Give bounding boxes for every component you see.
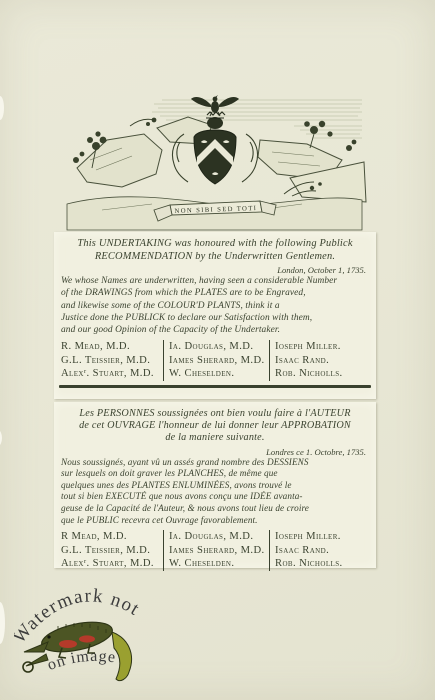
signatory-name: G.L. Teissier, M.D. bbox=[56, 354, 163, 368]
french-body-line: Nous soussignés, ayant vû un assés grand… bbox=[54, 457, 376, 469]
helmet bbox=[206, 112, 225, 129]
english-dateline: London, October 1, 1735. bbox=[54, 265, 376, 275]
french-body-line: tout si bien EXECUTÉ que nous avons conç… bbox=[54, 491, 376, 503]
french-heading-line3: de la maniere suivante. bbox=[54, 432, 376, 444]
signatory-name: W. Cheselden. bbox=[163, 557, 269, 571]
signatory-name: Ioseph Miller. bbox=[269, 530, 370, 544]
english-body-line: We whose Names are underwritten, having … bbox=[54, 275, 376, 287]
english-heading-line2: RECOMMENDATION by the Underwritten Gentl… bbox=[54, 251, 376, 264]
french-heading-line1: Les PERSONNES soussignées ont bien voulu… bbox=[54, 402, 376, 420]
signatory-name: Isaac Rand. bbox=[269, 544, 370, 558]
french-approbation-block: Les PERSONNES soussignées ont bien voulu… bbox=[54, 402, 376, 568]
section-divider-rule bbox=[59, 385, 371, 388]
scanned-page: NON SIBI SED TOTI This UNDERTAKING was h… bbox=[0, 0, 435, 700]
signatory-name: Ia. Douglas, M.D. bbox=[163, 340, 269, 354]
signatory-name: Alexʳ. Stuart, M.D. bbox=[56, 557, 163, 571]
paper-edge-nick bbox=[0, 602, 5, 644]
english-body-line: and our good Opinion of the Capacity of … bbox=[54, 324, 376, 336]
watermark-overlay: Watermark not on image bbox=[14, 570, 164, 696]
signatory-name: Iames Sherard, M.D. bbox=[163, 354, 269, 368]
signatory-name: Ia. Douglas, M.D. bbox=[163, 530, 269, 544]
signatory-name: Iames Sherard, M.D. bbox=[163, 544, 269, 558]
french-body-line: sur lesquels on doit graver les PLANCHES… bbox=[54, 468, 376, 480]
signatory-name: Rob. Nicholls. bbox=[269, 557, 370, 571]
english-heading-line1: This UNDERTAKING was honoured with the f… bbox=[54, 232, 376, 251]
english-recommendation-block: This UNDERTAKING was honoured with the f… bbox=[54, 232, 376, 399]
paper-edge-nick bbox=[0, 96, 4, 120]
eagle-crest bbox=[191, 95, 239, 116]
english-body-line: of the DRAWINGS from which the PLATES ar… bbox=[54, 287, 376, 299]
french-dateline: Londres ce 1. Octobre, 1735. bbox=[54, 447, 376, 457]
signatory-name: W. Cheselden. bbox=[163, 367, 269, 381]
french-signatories-table: R Mead, M.D. Ia. Douglas, M.D. Ioseph Mi… bbox=[56, 530, 374, 571]
french-body-line: quelques unes des PLANTES ENLUMINÉES, av… bbox=[54, 480, 376, 492]
french-body-line: que le PUBLIC recevra cet Ouvrage favora… bbox=[54, 515, 376, 527]
english-body-line: Justice done the PUBLICK to declare our … bbox=[54, 312, 376, 324]
signatory-name: Alexʳ. Stuart, M.D. bbox=[56, 367, 163, 381]
signatory-name: R. Mead, M.D. bbox=[56, 340, 163, 354]
signatory-name: R Mead, M.D. bbox=[56, 530, 163, 544]
french-heading-line2: de cet OUVRAGE l'honneur de lui donner l… bbox=[54, 420, 376, 432]
signatory-name: Rob. Nicholls. bbox=[269, 367, 370, 381]
coat-of-arms-engraving: NON SIBI SED TOTI bbox=[62, 90, 368, 232]
signatory-name: Ioseph Miller. bbox=[269, 340, 370, 354]
english-signatories-table: R. Mead, M.D. Ia. Douglas, M.D. Ioseph M… bbox=[56, 340, 374, 381]
french-body-line: geuse de la Capacité de l'Auteur, & nous… bbox=[54, 503, 376, 515]
paper-edge-nick bbox=[0, 430, 2, 446]
signatory-name: G.L. Teissier, M.D. bbox=[56, 544, 163, 558]
english-body-line: and likewise some of the COLOUR'D PLANTS… bbox=[54, 300, 376, 312]
signatory-name: Isaac Rand. bbox=[269, 354, 370, 368]
